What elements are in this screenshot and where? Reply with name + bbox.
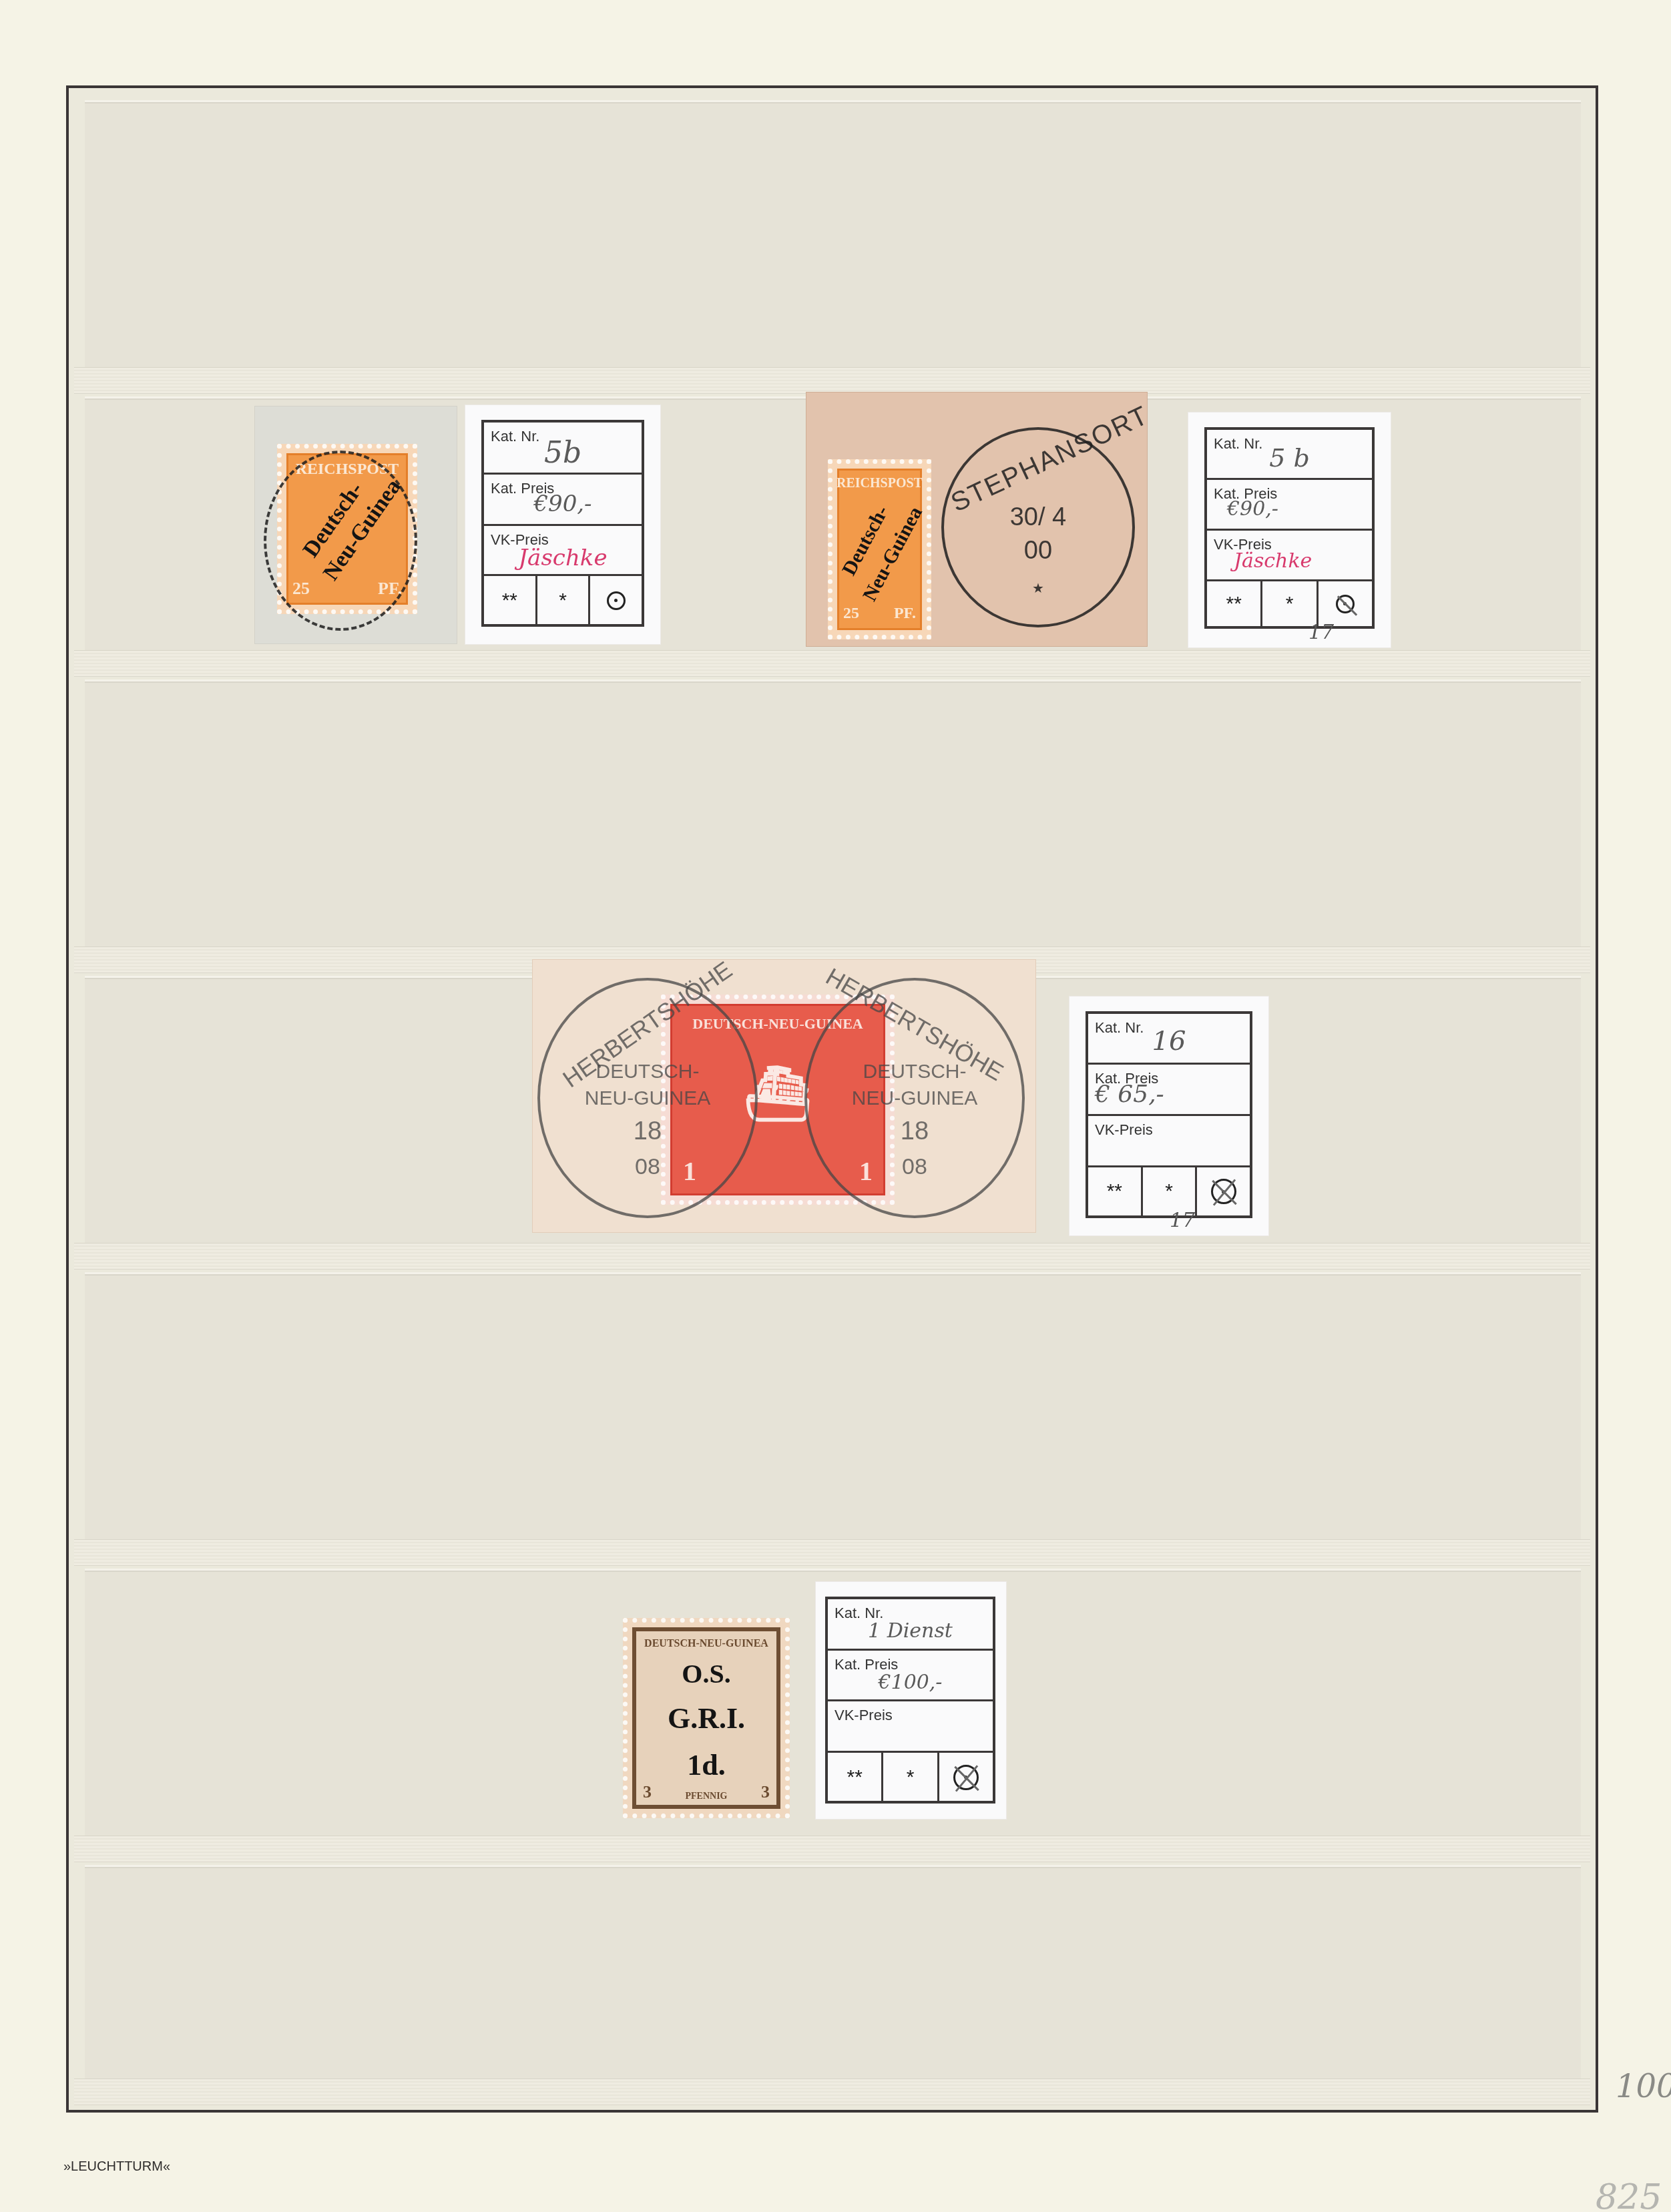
vk-preis-label: VK-Preis <box>834 1707 893 1724</box>
postmark-line2: DEUTSCH- <box>807 1061 1022 1083</box>
strip-rail <box>74 650 1590 677</box>
overprint-line3: 1d. <box>623 1748 790 1782</box>
kat-nr-value: 1 Dienst <box>828 1619 993 1643</box>
stamp-dienst-1[interactable]: DEUTSCH-NEU-GUINEA 3 PFENNIG 3 O.S. G.R.… <box>623 1618 790 1818</box>
stamp-value: 25 <box>843 605 859 623</box>
vk-preis-value: Jäschke <box>1207 549 1372 573</box>
stamp-header: DEUTSCH-NEU-GUINEA <box>644 1638 768 1650</box>
postmark-year: 08 <box>807 1154 1022 1180</box>
vk-preis-row: VK-Preis <box>1088 1116 1250 1167</box>
strip-rail <box>74 2079 1590 2105</box>
stock-strip-1 <box>85 100 1581 369</box>
stock-strip-7 <box>85 1865 1581 2081</box>
used-crossed-icon <box>1336 595 1355 613</box>
label-footnote: 17 <box>1170 1209 1195 1232</box>
mint-checkbox[interactable]: * <box>883 1753 939 1802</box>
used-checkbox[interactable] <box>939 1753 993 1802</box>
kat-preis-row: Kat. Preis € 65,- <box>1088 1065 1250 1116</box>
used-checkbox[interactable] <box>1319 581 1372 626</box>
postmark-stephansort: STEPHANSORT 30/ 4 00 ★ <box>941 427 1135 627</box>
kat-preis-row: Kat. Preis €100,- <box>828 1651 993 1701</box>
mint-checkbox[interactable]: * <box>537 576 591 625</box>
used-checkbox[interactable] <box>590 576 642 625</box>
postmark-date: 30/ 4 <box>944 503 1132 532</box>
label-grid: Kat. Nr. 16 Kat. Preis € 65,- VK-Preis *… <box>1086 1011 1252 1218</box>
kat-nr-value: 16 <box>1088 1026 1250 1057</box>
stock-strip-5 <box>85 1272 1581 1541</box>
mint-nh-checkbox[interactable]: ** <box>828 1753 883 1802</box>
label-grid: Kat. Nr. 1 Dienst Kat. Preis €100,- VK-P… <box>825 1597 995 1804</box>
vk-preis-row: VK-Preis Jäschke <box>484 526 642 576</box>
strip-rail <box>74 1836 1590 1862</box>
kat-nr-row: Kat. Nr. 1 Dienst <box>828 1599 993 1651</box>
postmark-line3: NEU-GUINEA <box>540 1087 755 1110</box>
stamp-value: 3 <box>643 1782 652 1802</box>
used-crossed-icon <box>953 1765 979 1790</box>
kat-nr-row: Kat. Nr. 16 <box>1088 1014 1250 1065</box>
kat-preis-value: €90,- <box>1207 497 1372 521</box>
kat-nr-value: 5 b <box>1207 443 1372 473</box>
vk-preis-value: Jäschke <box>484 545 642 571</box>
mint-checkbox[interactable]: * <box>1262 581 1318 626</box>
kat-nr-value: 5b <box>484 436 642 470</box>
price-label: Kat. Nr. 1 Dienst Kat. Preis €100,- VK-P… <box>816 1582 1006 1819</box>
kat-preis-row: Kat. Preis €90,- <box>1207 480 1372 531</box>
used-crossed-icon <box>1211 1179 1236 1204</box>
kat-nr-row: Kat. Nr. 5b <box>484 423 642 475</box>
postmark-herbertshoehe-left: HERBERTSHÖHE DEUTSCH- NEU-GUINEA 18 08 <box>537 978 758 1218</box>
used-checkbox[interactable] <box>1197 1167 1250 1215</box>
postmark-date: 18 <box>807 1117 1022 1146</box>
overprint-line2: G.R.I. <box>623 1701 790 1735</box>
label-grid: Kat. Nr. 5 b Kat. Preis €90,- VK-Preis J… <box>1204 427 1375 629</box>
price-label: Kat. Nr. 5b Kat. Preis €90,- VK-Preis Jä… <box>465 405 660 644</box>
kat-preis-value: €90,- <box>484 491 642 517</box>
kat-preis-value: € 65,- <box>1088 1081 1250 1108</box>
postmark-line2: DEUTSCH- <box>540 1061 755 1083</box>
price-label: Kat. Nr. 5 b Kat. Preis €90,- VK-Preis J… <box>1188 412 1391 647</box>
kat-preis-row: Kat. Preis €90,- <box>484 475 642 526</box>
label-grid: Kat. Nr. 5b Kat. Preis €90,- VK-Preis Jä… <box>481 420 644 627</box>
postmark <box>264 451 417 631</box>
postmark-date: 18 <box>540 1117 755 1146</box>
postmark-year: 08 <box>540 1154 755 1180</box>
kat-nr-row: Kat. Nr. 5 b <box>1207 430 1372 480</box>
stamp-currency: PF. <box>894 605 916 623</box>
star-icon: ★ <box>944 580 1132 597</box>
vk-preis-row: VK-Preis Jäschke <box>1207 531 1372 581</box>
strip-rail <box>74 367 1590 394</box>
stock-strip-3 <box>85 679 1581 948</box>
stamp-value: 3 <box>761 1782 770 1802</box>
postmark-line3: NEU-GUINEA <box>807 1087 1022 1110</box>
stamp-5b[interactable]: REICHSPOST 25 PF. Deutsch- Neu-Guinea <box>277 444 417 614</box>
overprint-line1: O.S. <box>623 1658 790 1689</box>
stamp-denomination: PFENNIG <box>686 1791 728 1802</box>
album-brand: »LEUCHTTURM« <box>63 2159 170 2175</box>
vk-preis-label: VK-Preis <box>1095 1121 1153 1139</box>
mint-nh-checkbox[interactable]: ** <box>1088 1167 1143 1215</box>
mint-nh-checkbox[interactable]: ** <box>484 576 537 625</box>
price-label: Kat. Nr. 16 Kat. Preis € 65,- VK-Preis *… <box>1069 997 1268 1235</box>
margin-note-number: 825 <box>1596 2177 1662 2212</box>
postmark-year: 00 <box>944 537 1132 565</box>
margin-note-price: 100 <box>1616 2068 1671 2105</box>
mint-nh-checkbox[interactable]: ** <box>1207 581 1262 626</box>
strip-rail <box>74 1243 1590 1270</box>
label-footnote: 17 <box>1308 621 1334 644</box>
vk-preis-row: VK-Preis <box>828 1701 993 1753</box>
kat-preis-value: €100,- <box>828 1671 993 1694</box>
stamp-5b-on-piece[interactable]: REICHSPOST 25 PF. Deutsch- Neu-Guinea <box>828 459 931 639</box>
stamp-header: REICHSPOST <box>837 476 923 491</box>
postmark-herbertshoehe-right: HERBERTSHÖHE DEUTSCH- NEU-GUINEA 18 08 <box>804 978 1025 1218</box>
used-circle-icon <box>607 591 626 610</box>
strip-rail <box>74 1539 1590 1566</box>
